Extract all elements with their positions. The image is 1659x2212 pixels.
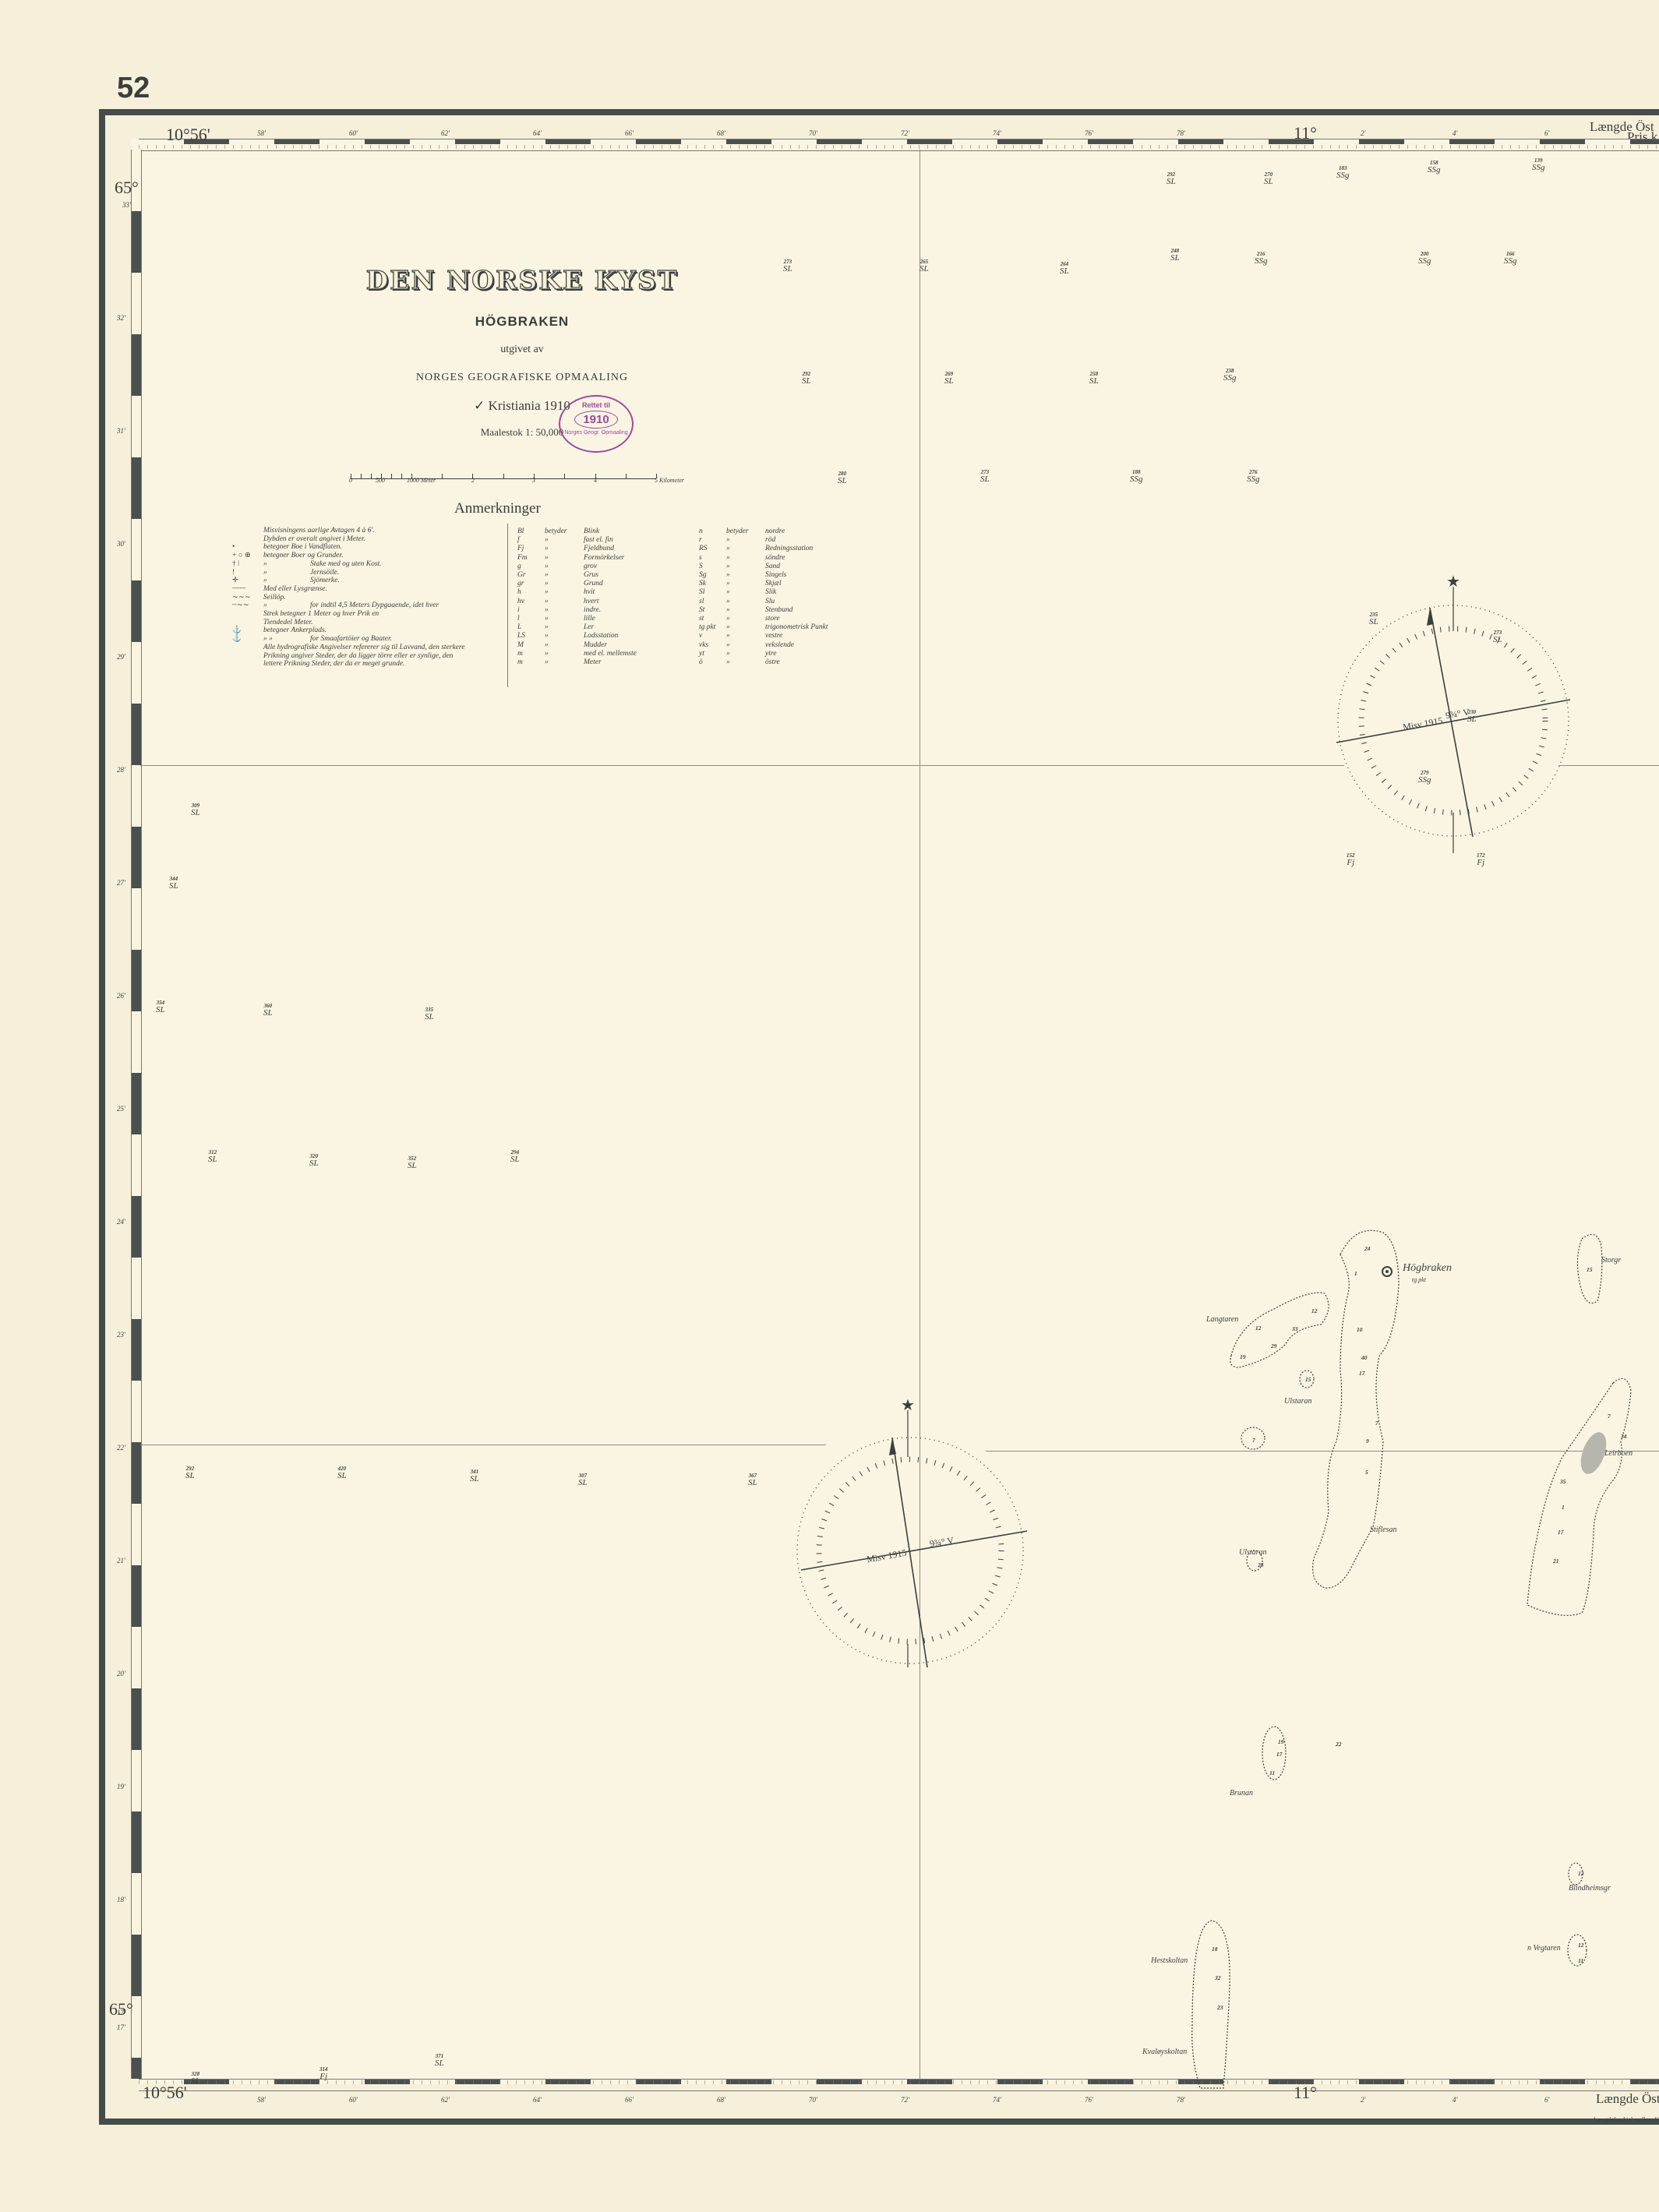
shoal-depth: 12 xyxy=(1255,1325,1262,1332)
sounding-mark: 279SSg xyxy=(1418,770,1431,784)
place-name-label: Brunan xyxy=(1230,1789,1253,1797)
shoal-depth: 17 xyxy=(1359,1370,1365,1377)
shoal-depth: 23 xyxy=(1217,2004,1223,2011)
sounding-bottom-type: SL xyxy=(425,1014,434,1021)
place-name-label: Hestskoltan xyxy=(1151,1956,1188,1965)
hestskoltan-shoal xyxy=(1192,1921,1230,2088)
shoal-depth: 1 xyxy=(1354,1270,1357,1277)
sounding-mark: 354SL xyxy=(156,1000,165,1014)
sounding-mark: 152Fj xyxy=(1347,852,1355,866)
shoal-depth: 34 xyxy=(1621,1433,1627,1440)
sounding-mark: 183SSg xyxy=(1336,165,1350,179)
shoal-outlines xyxy=(0,0,1659,2212)
sounding-mark: 328SL xyxy=(191,2071,200,2085)
sounding-mark: 188SSg xyxy=(1130,469,1143,483)
place-name-label: Storgr xyxy=(1601,1256,1621,1265)
hogbraken-shoal xyxy=(1313,1230,1399,1588)
place-name-label: Leirboen xyxy=(1604,1449,1633,1458)
sounding-bottom-type: SL xyxy=(191,2078,200,2085)
sounding-bottom-type: SL xyxy=(1167,178,1176,185)
sounding-bottom-type: SSg xyxy=(1532,164,1545,171)
shoal-depth: 12 xyxy=(1578,1942,1584,1949)
sounding-mark: 273SL xyxy=(980,469,990,483)
leirboen-shoal xyxy=(1527,1378,1631,1615)
shoal-depth: 33 xyxy=(1292,1325,1298,1332)
sounding-bottom-type: SL xyxy=(980,476,990,483)
place-name-label: Ulstaran xyxy=(1284,1397,1312,1406)
shoal-depth: 7 xyxy=(1375,1420,1378,1427)
sounding-mark: 235SL xyxy=(1369,612,1378,626)
shoal-depth: 10 xyxy=(1357,1326,1363,1333)
sounding-mark: 238SSg xyxy=(1223,368,1237,382)
sounding-bottom-type: SL xyxy=(783,266,792,273)
sounding-mark: 172Fj xyxy=(1477,852,1485,866)
sounding-mark: 367SL xyxy=(748,1473,757,1487)
sounding-bottom-type: SL xyxy=(1089,378,1099,385)
shoal-depth: 7 xyxy=(1252,1437,1255,1444)
sounding-mark: 276SSg xyxy=(1247,469,1260,483)
shoal-depth: 11 xyxy=(1269,1769,1275,1776)
sounding-mark: 320SL xyxy=(309,1153,319,1167)
sounding-mark: 344SL xyxy=(169,876,178,890)
place-name-label: Blindheimsgr xyxy=(1569,1884,1611,1893)
shoal-depth: 24 xyxy=(1364,1245,1371,1252)
sounding-bottom-type: SL xyxy=(191,810,200,817)
shoal-depth: 22 xyxy=(1336,1741,1342,1748)
shoal-depth: 32 xyxy=(1215,1974,1221,1981)
shoal-depth: 12 xyxy=(1578,1870,1584,1877)
sounding-bottom-type: SSg xyxy=(1223,375,1237,382)
chart-sheet: 52 Pris k 10°56' 11° Længde Öst 10°56' 1… xyxy=(0,0,1659,2212)
sounding-bottom-type: Fj xyxy=(319,2073,328,2080)
shoal-depth: 15 xyxy=(1305,1376,1311,1383)
sounding-bottom-type: SSg xyxy=(1418,258,1431,265)
sounding-mark: 230SL xyxy=(1467,709,1477,723)
sounding-mark: 258SL xyxy=(1089,371,1099,385)
sounding-bottom-type: SL xyxy=(337,1473,347,1480)
sounding-bottom-type: SL xyxy=(1170,255,1180,262)
sounding-mark: 341SL xyxy=(470,1469,479,1483)
place-name-note: tg pkt xyxy=(1412,1276,1426,1283)
shoal-depth: 9 xyxy=(1366,1438,1369,1445)
shoal-depth: 15 xyxy=(1587,1266,1593,1273)
shoal-depth: 7 xyxy=(1608,1413,1611,1420)
place-name-label: Stiflesan xyxy=(1370,1526,1396,1534)
sounding-bottom-type: Fj xyxy=(1347,859,1355,866)
sounding-bottom-type: SL xyxy=(578,1480,588,1487)
sounding-mark: 273SL xyxy=(1493,630,1502,644)
shoal-depth: 18 xyxy=(1212,1946,1218,1953)
sounding-bottom-type: SL xyxy=(1467,716,1477,723)
sounding-mark: 314Fj xyxy=(319,2066,328,2080)
sounding-mark: 265SL xyxy=(920,259,929,273)
sounding-mark: 166SSg xyxy=(1504,251,1517,265)
sounding-bottom-type: SL xyxy=(208,1156,217,1163)
sounding-bottom-type: SL xyxy=(185,1473,195,1480)
place-name-label: Högbraken xyxy=(1403,1262,1452,1275)
sounding-bottom-type: SSg xyxy=(1336,172,1350,179)
sounding-bottom-type: SL xyxy=(920,266,929,273)
sounding-mark: 200SSg xyxy=(1418,251,1431,265)
sounding-bottom-type: SSg xyxy=(1504,258,1517,265)
shoal-depth: 40 xyxy=(1361,1354,1368,1361)
sounding-mark: 264SL xyxy=(1060,261,1069,275)
sounding-bottom-type: SL xyxy=(838,478,847,485)
vegtaren-shoal xyxy=(1568,1935,1587,1966)
shoal-depth: 35 xyxy=(1560,1478,1566,1485)
shoal-depth: 11 xyxy=(1578,1957,1583,1964)
sounding-mark: 216SSg xyxy=(1255,251,1268,265)
sounding-bottom-type: Fj xyxy=(1477,859,1485,866)
sounding-bottom-type: SSg xyxy=(1418,777,1431,784)
shoal-depth: 19 xyxy=(1278,1738,1284,1745)
sounding-bottom-type: SL xyxy=(408,1162,417,1170)
sounding-bottom-type: SSg xyxy=(1247,476,1260,483)
sounding-mark: 292SL xyxy=(1167,171,1176,185)
footnote-longitude-difference: Længdeforskjel mellem K xyxy=(1594,2116,1659,2123)
shoal-depth: 17 xyxy=(1558,1529,1564,1536)
sounding-mark: 352SL xyxy=(408,1155,417,1170)
sounding-mark: 139SSg xyxy=(1532,157,1545,171)
sounding-mark: 158SSg xyxy=(1428,160,1441,174)
sounding-bottom-type: SSg xyxy=(1130,476,1143,483)
shoal-depth: 12 xyxy=(1311,1307,1318,1314)
sounding-mark: 309SL xyxy=(191,803,200,817)
sounding-mark: 292SL xyxy=(802,371,811,385)
sounding-mark: 270SL xyxy=(1264,171,1273,185)
sounding-bottom-type: SL xyxy=(470,1476,479,1483)
sounding-bottom-type: SL xyxy=(944,378,954,385)
shoal-depth: 17 xyxy=(1276,1751,1283,1758)
sounding-mark: 420SL xyxy=(337,1466,347,1480)
sounding-bottom-type: SL xyxy=(1264,178,1273,185)
sounding-bottom-type: SL xyxy=(802,378,811,385)
sounding-mark: 307SL xyxy=(578,1473,588,1487)
place-name-label: Ulstaran xyxy=(1239,1548,1267,1557)
sounding-bottom-type: SL xyxy=(1369,619,1378,626)
sounding-bottom-type: SL xyxy=(169,883,178,890)
shoal-depth: 28 xyxy=(1258,1561,1264,1568)
shoal-depth: 5 xyxy=(1365,1469,1368,1476)
sounding-bottom-type: SL xyxy=(510,1156,520,1163)
sounding-bottom-type: SL xyxy=(156,1007,165,1014)
sounding-bottom-type: SSg xyxy=(1428,167,1441,174)
place-name-label: Langtaren xyxy=(1206,1315,1238,1324)
sounding-bottom-type: SL xyxy=(1060,268,1069,275)
sounding-mark: 371SL xyxy=(435,2053,444,2067)
sounding-mark: 312SL xyxy=(208,1149,217,1163)
place-name-label: Kvaløyskoltan xyxy=(1142,2048,1187,2056)
sounding-bottom-type: SSg xyxy=(1255,258,1268,265)
shoal-depth: 1 xyxy=(1562,1504,1565,1511)
sounding-mark: 269SL xyxy=(944,371,954,385)
sounding-bottom-type: SL xyxy=(435,2060,444,2067)
sounding-mark: 292SL xyxy=(185,1466,195,1480)
sounding-mark: 280SL xyxy=(838,471,847,485)
sounding-bottom-type: SL xyxy=(263,1010,273,1017)
shoal-depth: 29 xyxy=(1271,1342,1277,1349)
sounding-mark: 335SL xyxy=(425,1007,434,1021)
sounding-bottom-type: SL xyxy=(1493,637,1502,644)
sounding-bottom-type: SL xyxy=(309,1160,319,1167)
sounding-mark: 360SL xyxy=(263,1003,273,1017)
sounding-mark: 273SL xyxy=(783,259,792,273)
shoal-depth: 21 xyxy=(1553,1558,1559,1565)
place-name-label: n Vegtaren xyxy=(1527,1944,1561,1953)
sounding-mark: 294SL xyxy=(510,1149,520,1163)
sounding-mark: 248SL xyxy=(1170,248,1180,262)
sounding-bottom-type: SL xyxy=(748,1480,757,1487)
shoal-depth: 19 xyxy=(1240,1353,1246,1360)
